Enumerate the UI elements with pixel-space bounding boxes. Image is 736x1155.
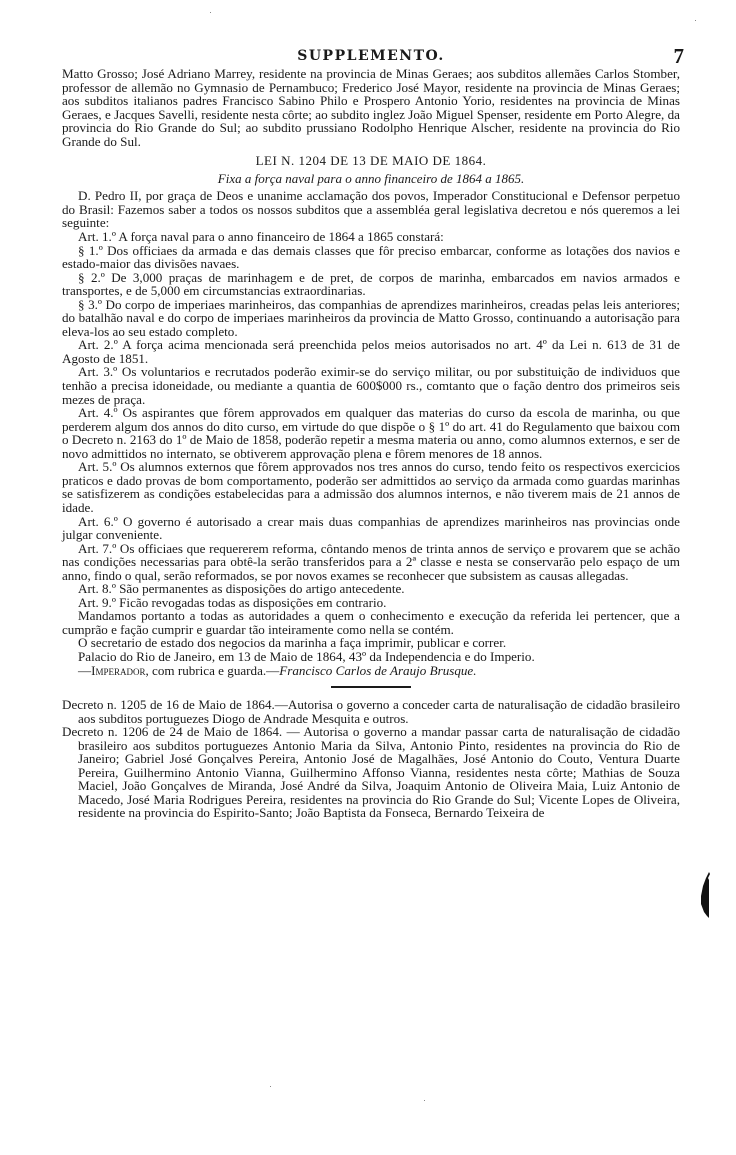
body-text: Matto Grosso; José Adriano Marrey, resid…	[62, 67, 680, 820]
running-title: SUPPLEMENTO.	[62, 48, 680, 64]
law-article-9: Art. 9.º Ficão revogadas todas as dispos…	[62, 596, 680, 610]
law-enactment-clause: Mandamos portanto a todas as autoridades…	[62, 609, 680, 636]
law-article-2: Art. 2.º A força acima mencionada será p…	[62, 338, 680, 365]
scan-speck	[424, 1100, 425, 1101]
opening-paragraph: Matto Grosso; José Adriano Marrey, resid…	[62, 67, 680, 148]
law-section-1: § 1.º Dos officiaes da armada e das dema…	[62, 244, 680, 271]
law-article-1: Art. 1.º A força naval para o anno finan…	[62, 230, 680, 244]
law-article-8: Art. 8.º São permanentes as disposições …	[62, 582, 680, 596]
scan-speck	[270, 1086, 271, 1087]
law-article-5: Art. 5.º Os alumnos externos que fôrem a…	[62, 460, 680, 514]
running-head: SUPPLEMENTO. 7	[62, 46, 680, 66]
law-signature: —Imperador, com rubrica e guarda.—Franci…	[62, 664, 680, 678]
section-divider	[331, 686, 411, 688]
law-preamble: D. Pedro II, por graça de Deos e unanime…	[62, 189, 680, 230]
law-place-date: Palacio do Rio de Janeiro, em 13 de Maio…	[62, 650, 680, 664]
signature-minister: Francisco Carlos de Araujo Brusque.	[279, 663, 476, 678]
law-publication-order: O secretario de estado dos negocios da m…	[62, 636, 680, 650]
decree-1205: Decreto n. 1205 de 16 de Maio de 1864.—A…	[62, 698, 680, 725]
law-title: LEI N. 1204 DE 13 DE MAIO DE 1864.	[62, 154, 680, 168]
scan-speck	[210, 12, 211, 13]
law-article-4: Art. 4.º Os aspirantes que fôrem approva…	[62, 406, 680, 460]
law-article-6: Art. 6.º O governo é autorisado a crear …	[62, 515, 680, 542]
signature-emperor: Imperador	[91, 663, 145, 678]
law-subtitle: Fixa a força naval para o anno financeir…	[62, 172, 680, 186]
margin-ink-mark-icon	[700, 872, 712, 920]
law-section-3: § 3.º Do corpo de imperiaes marinheiros,…	[62, 298, 680, 339]
law-article-3: Art. 3.º Os voluntarios e recrutados pod…	[62, 365, 680, 406]
scan-speck	[695, 20, 696, 21]
law-article-7: Art. 7.º Os officiaes que requererem ref…	[62, 542, 680, 583]
signature-suffix: , com rubrica e guarda.—	[145, 663, 279, 678]
decree-1206: Decreto n. 1206 de 24 de Maio de 1864. —…	[62, 725, 680, 820]
law-section-2: § 2.º De 3,000 praças de marinhagem e de…	[62, 271, 680, 298]
